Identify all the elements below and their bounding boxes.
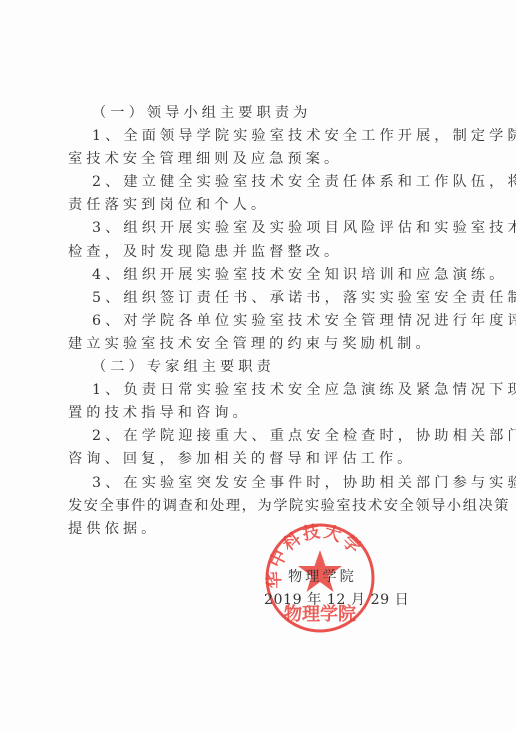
document-body: （一）领导小组主要职责为 1、全面领导学院实验室技术安全工作开展，制定学院实验 … bbox=[68, 102, 442, 541]
duty-1-line-2: 室技术安全管理细则及应急预案。 bbox=[68, 148, 442, 171]
duty-6-line-2: 建立实验室技术安全管理的约束与奖励机制。 bbox=[68, 333, 442, 356]
expert-duty-3-line-1: 3、在实验室突发安全事件时，协助相关部门参与实验室突 bbox=[68, 472, 442, 495]
duty-2-line-2: 责任落实到岗位和个人。 bbox=[68, 194, 442, 217]
expert-duty-1-line-2: 置的技术指导和咨询。 bbox=[68, 402, 442, 425]
duty-4-line-1: 4、组织开展实验室技术安全知识培训和应急演练。 bbox=[68, 264, 442, 287]
duty-1-line-1: 1、全面领导学院实验室技术安全工作开展，制定学院实验 bbox=[68, 125, 442, 148]
expert-duty-1-line-1: 1、负责日常实验室技术安全应急演练及紧急情况下现场处 bbox=[68, 379, 442, 402]
duty-3-line-1: 3、组织开展实验室及实验项目风险评估和实验室技术安全 bbox=[68, 217, 442, 240]
document-page: （一）领导小组主要职责为 1、全面领导学院实验室技术安全工作开展，制定学院实验 … bbox=[0, 0, 516, 731]
expert-duty-3-line-3: 提供依据。 bbox=[68, 518, 442, 541]
signature-date: 2019 年 12 月 29 日 bbox=[264, 589, 409, 609]
section-heading-1: （一）领导小组主要职责为 bbox=[68, 102, 442, 125]
signature-organization: 物理学院 bbox=[288, 566, 357, 586]
expert-duty-2-line-1: 2、在学院迎接重大、重点安全检查时，协助相关部门提供 bbox=[68, 425, 442, 448]
duty-5-line-1: 5、组织签订责任书、承诺书，落实实验室安全责任制。 bbox=[68, 287, 442, 310]
expert-duty-3-line-2: 发安全事件的调查和处理，为学院实验室技术安全领导小组决策 bbox=[68, 495, 442, 518]
duty-6-line-1: 6、对学院各单位实验室技术安全管理情况进行年度评估， bbox=[68, 310, 442, 333]
expert-duty-2-line-2: 咨询、回复，参加相关的督导和评估工作。 bbox=[68, 448, 442, 471]
duty-3-line-2: 检查，及时发现隐患并监督整改。 bbox=[68, 241, 442, 264]
section-heading-2: （二）专家组主要职责 bbox=[68, 356, 442, 379]
duty-2-line-1: 2、建立健全实验室技术安全责任体系和工作队伍，将安全 bbox=[68, 171, 442, 194]
